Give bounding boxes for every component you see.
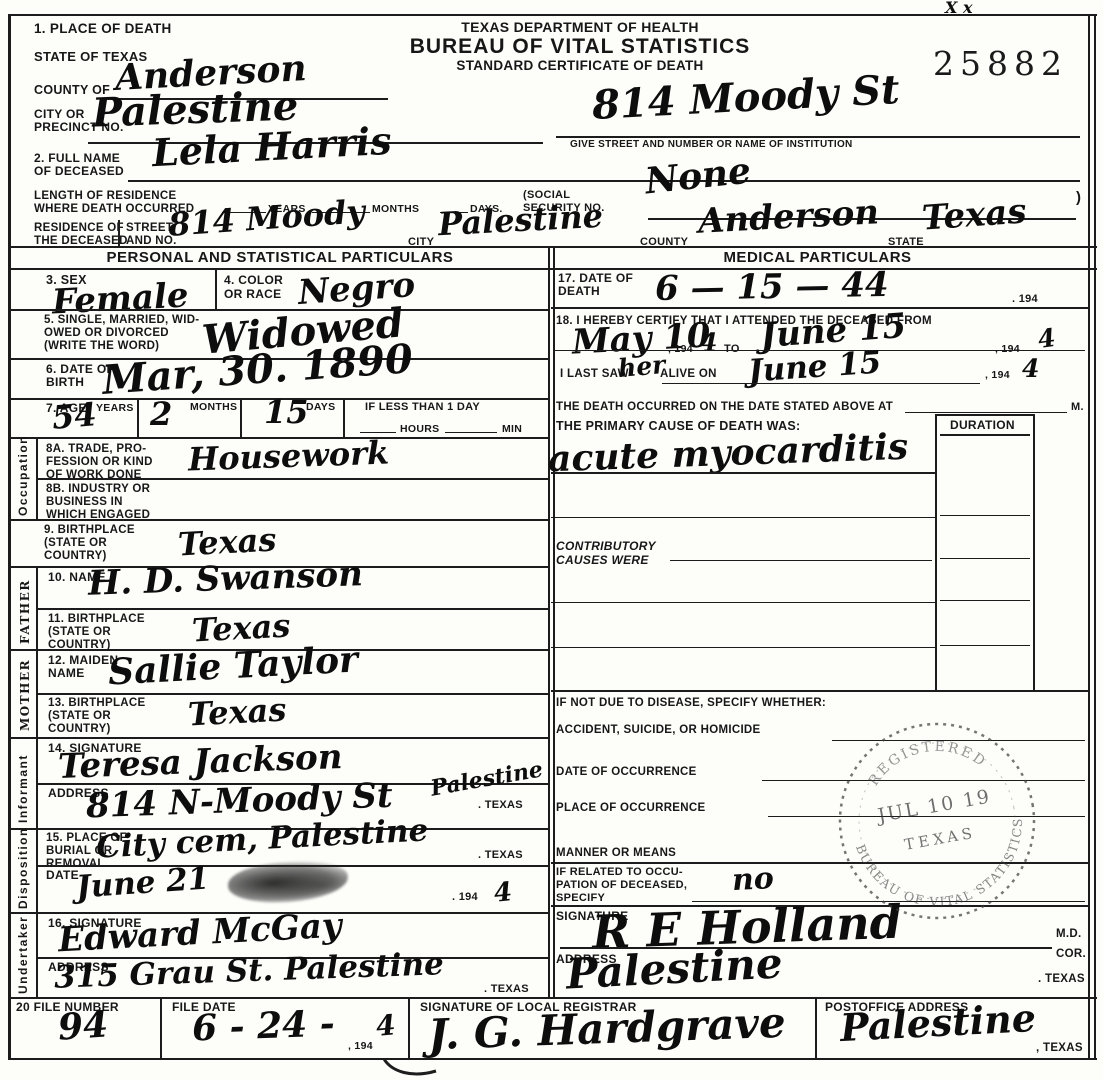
burial-texas-label: . TEXAS	[478, 850, 523, 862]
lastsaw-year-hw: 4	[1022, 356, 1039, 381]
border-top	[8, 14, 1097, 16]
race-label-2: OR RACE	[224, 288, 281, 301]
date-of-death-label-1: 17. DATE OF	[558, 272, 633, 285]
trade-label-2: FESSION OR KIND	[46, 456, 153, 468]
duration-box-left	[935, 414, 937, 690]
file-date-value: 6 - 24 -	[191, 1006, 335, 1047]
stamp-date-text: JUL 10 19	[874, 785, 993, 827]
informant-city-value: Palestine	[429, 758, 545, 799]
rule	[940, 558, 1030, 559]
border-right	[1094, 14, 1096, 1060]
column-divider	[553, 246, 555, 997]
stray-pen-stroke	[378, 1058, 442, 1080]
less-than-day-label: IF LESS THAN 1 DAY	[365, 402, 480, 414]
stamp-top-arc-text: REGISTERED	[861, 729, 992, 791]
file-year-hw: 4	[375, 1011, 397, 1041]
rule	[662, 383, 980, 384]
residence-length-label-1: LENGTH OF RESIDENCE	[34, 190, 176, 202]
postoffice-texas-label: , TEXAS	[1036, 1042, 1083, 1054]
dob-label-2: BIRTH	[46, 376, 84, 389]
residence-street-value: 814 Moody	[167, 195, 366, 241]
res-city-value: Palestine	[437, 200, 603, 241]
city-label-1: CITY OR	[34, 108, 85, 121]
maiden-value: Sallie Taylor	[107, 641, 359, 690]
rule	[240, 398, 242, 437]
birthplace9-value: Texas	[177, 523, 277, 560]
birthplace11-value: Texas	[191, 609, 291, 646]
rule	[215, 268, 217, 309]
rule	[815, 997, 817, 1058]
contributory-label-2: CAUSES WERE	[556, 554, 649, 567]
disposition-side-tab: Disposition	[16, 827, 30, 909]
marital-label-1: 5. SINGLE, MARRIED, WID-	[44, 314, 199, 326]
rule	[8, 997, 1097, 999]
full-name-label-1: 2. FULL NAME	[34, 152, 120, 165]
rule	[445, 432, 497, 433]
birthplace13-label-2: (STATE OR	[48, 710, 111, 722]
accident-label: ACCIDENT, SUICIDE, OR HOMICIDE	[556, 724, 761, 736]
dept-line3: STANDARD CERTIFICATE OF DEATH	[340, 59, 820, 73]
rule	[670, 560, 932, 561]
marital-label-3: (WRITE THE WORD)	[44, 340, 159, 352]
rule	[137, 398, 139, 437]
pen-marks: X x	[945, 0, 973, 16]
related-occupation-label-2: PATION OF DECEASED,	[556, 880, 687, 892]
birthplace9-label-2: (STATE OR	[44, 537, 107, 549]
related-occupation-value: no	[731, 864, 774, 896]
marital-label-2: OWED OR DIVORCED	[44, 327, 169, 339]
informant-texas-label: . TEXAS	[478, 800, 523, 812]
age-years-label: YEARS	[96, 403, 134, 414]
rule	[408, 997, 410, 1058]
birthplace13-label-3: COUNTRY)	[48, 723, 111, 735]
min-label: MIN	[502, 424, 522, 435]
rule	[343, 398, 345, 437]
rule	[118, 220, 120, 248]
column-divider	[548, 246, 550, 997]
age-months-label: MONTHS	[190, 402, 237, 413]
attended-to-value: June 15	[759, 309, 907, 353]
hours-label: HOURS	[400, 424, 439, 435]
border-right-inner	[1088, 14, 1090, 1060]
occupation-side-tab: Occupation	[16, 435, 30, 516]
date-occurrence-label: DATE OF OCCURRENCE	[556, 766, 697, 778]
trade-label-1: 8A. TRADE, PRO-	[46, 443, 146, 455]
street-value: 814 Moody St	[591, 70, 900, 126]
months-label: MONTHS	[372, 204, 419, 215]
undertaker-side-tab: Undertaker	[16, 916, 30, 994]
rule	[36, 693, 548, 695]
rule	[940, 645, 1030, 646]
age-days-label: DAYS	[306, 402, 335, 413]
place-of-death-label: 1. PLACE OF DEATH	[34, 22, 172, 36]
border-bottom	[8, 1058, 1097, 1060]
physician-texas-label: . TEXAS	[1038, 973, 1085, 985]
trade-value: Housework	[188, 436, 390, 475]
registrar-signature-value: J. G. Hardgrave	[427, 1002, 786, 1056]
birthplace11-label-2: (STATE OR	[48, 626, 111, 638]
related-occupation-label-3: SPECIFY	[556, 893, 605, 905]
burial-year-printed: . 194	[452, 892, 478, 904]
informant-signature-value: Teresa Jackson	[57, 740, 343, 784]
death-occurred-label: THE DEATH OCCURRED ON THE DATE STATED AB…	[556, 401, 893, 413]
m-label: M.	[1071, 402, 1084, 414]
postoffice-value: Palestine	[839, 999, 1037, 1047]
birthplace13-label-1: 13. BIRTHPLACE	[48, 697, 146, 709]
birthplace11-label-1: 11. BIRTHPLACE	[48, 613, 145, 625]
rule	[551, 472, 935, 474]
date-of-death-value: 6 — 15 — 44	[655, 268, 889, 306]
from-year-hw: 4	[700, 330, 717, 355]
res-state-value: Texas	[921, 194, 1028, 235]
rule	[556, 136, 1080, 138]
birthplace13-value: Texas	[187, 693, 287, 730]
place-occurrence-label: PLACE OF OCCURRENCE	[556, 802, 705, 814]
personal-section-title: PERSONAL AND STATISTICAL PARTICULARS	[30, 250, 530, 266]
rule	[935, 414, 1035, 416]
dept-line1: TEXAS DEPARTMENT OF HEALTH	[340, 20, 820, 35]
stamp-state-text: TEXAS	[903, 824, 977, 854]
industry-label-1: 8B. INDUSTRY OR	[46, 483, 150, 495]
rule	[940, 515, 1030, 516]
lastsaw-year-printed: , 194	[985, 370, 1010, 381]
rule	[551, 602, 935, 603]
rule	[940, 434, 1030, 436]
rule	[905, 412, 1067, 413]
to-year-hw: 4	[1036, 325, 1057, 352]
physician-address-value: Palestine	[565, 942, 784, 995]
rule	[36, 828, 38, 912]
md-label: M.D.	[1056, 928, 1081, 940]
file-year-printed: , 194	[348, 1041, 373, 1052]
ssn-value: None	[643, 153, 752, 200]
rule	[940, 600, 1030, 601]
last-saw-her: her	[617, 352, 666, 381]
rule	[551, 690, 1088, 692]
father-side-tab: FATHER	[18, 579, 32, 644]
race-label-1: 4. COLOR	[224, 274, 283, 287]
street-no-label-1: STREET	[126, 222, 173, 234]
if-not-disease-label: IF NOT DUE TO DISEASE, SPECIFY WHETHER:	[556, 697, 826, 709]
father-name-value: H. D. Swanson	[87, 557, 363, 601]
maiden-label-2: NAME	[48, 667, 85, 680]
duration-box-right	[1033, 414, 1035, 690]
related-occupation-label-1: IF RELATED TO OCCU-	[556, 867, 683, 879]
rule	[551, 307, 1088, 309]
last-saw-date: June 15	[747, 347, 882, 387]
rule	[36, 478, 548, 480]
cor-label: COR.	[1056, 948, 1086, 960]
industry-label-2: BUSINESS IN	[46, 496, 123, 508]
res-county-value: Anderson	[697, 195, 880, 238]
burial-year-hw: 4	[493, 879, 514, 907]
contributory-label-1: CONTRIBUTORY	[556, 540, 656, 553]
full-name-value: Lela Harris	[151, 122, 392, 172]
cause-value: acute myocarditis	[547, 429, 908, 478]
street-note: GIVE STREET AND NUMBER OR NAME OF INSTIT…	[570, 140, 853, 151]
stamp-inner-circle	[847, 731, 1028, 912]
birthplace9-label-1: 9. BIRTHPLACE	[44, 524, 135, 536]
age-months-value: 2	[150, 398, 172, 430]
border-left	[8, 14, 11, 1060]
rule	[551, 517, 935, 518]
burial-date-value: June 21	[75, 863, 210, 903]
undertaker-texas-label: . TEXAS	[484, 984, 529, 996]
file-number-value: 94	[57, 1006, 109, 1045]
duration-label: DURATION	[950, 419, 1015, 432]
registration-stamp: REGISTERED JUL 10 19 TEXAS BUREAU OF VIT…	[811, 695, 1064, 948]
mother-side-tab: MOTHER	[18, 659, 32, 731]
svg-text:REGISTERED: REGISTERED	[861, 729, 992, 791]
date-of-death-label-2: DEATH	[558, 285, 600, 298]
death-certificate: X x 1. PLACE OF DEATH STATE OF TEXAS TEX…	[0, 0, 1103, 1080]
certificate-number: 25882	[933, 44, 1068, 83]
age-value: 54	[51, 398, 98, 434]
rule	[128, 180, 1080, 182]
residence-of-label-1: RESIDENCE OF	[34, 222, 124, 234]
informant-side-tab: Informant	[16, 754, 30, 823]
rule	[36, 608, 548, 610]
age-days-value: 15	[264, 396, 309, 428]
birthplace9-label-3: COUNTRY)	[44, 550, 107, 562]
death-year-printed: . 194	[1012, 294, 1038, 306]
rule	[551, 647, 935, 648]
full-name-label-2: OF DECEASED	[34, 165, 124, 178]
paren-close: )	[1076, 190, 1081, 206]
medical-section-title: MEDICAL PARTICULARS	[560, 250, 1075, 266]
rule	[36, 912, 38, 997]
manner-means-label: MANNER OR MEANS	[556, 847, 676, 859]
last-saw-label-2: ALIVE ON	[660, 368, 717, 380]
rule	[8, 519, 548, 521]
rule	[160, 997, 162, 1058]
dept-line2: BUREAU OF VITAL STATISTICS	[340, 36, 820, 58]
